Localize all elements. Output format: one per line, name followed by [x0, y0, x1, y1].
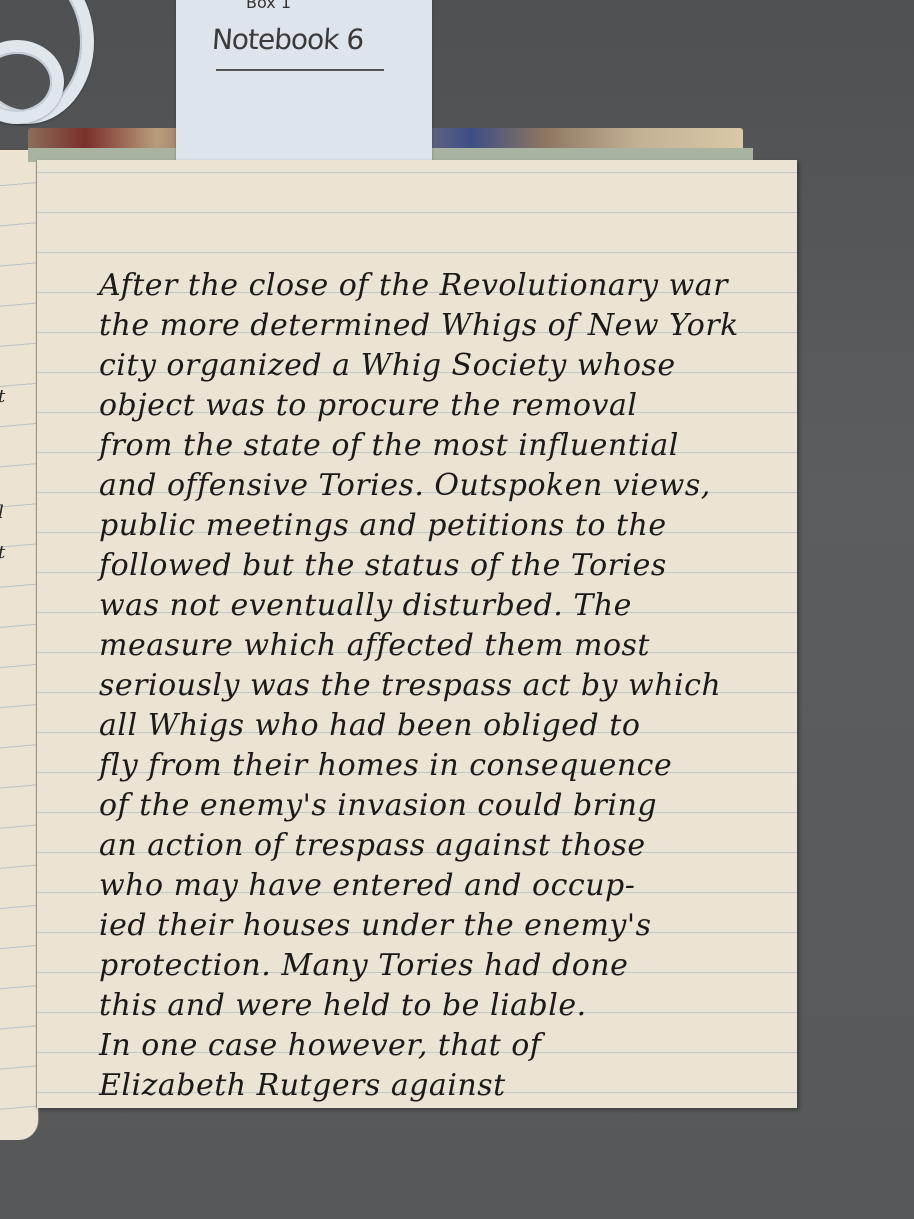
text-line: was not eventually disturbed. The [99, 586, 789, 626]
slip-box-label: Box 1 [246, 0, 291, 12]
left-page-fragment: t [0, 386, 5, 407]
text-line: Elizabeth Rutgers against [99, 1066, 789, 1106]
text-line: After the close of the Revolutionary war [99, 266, 789, 306]
text-line: ied their houses under the enemy's [99, 906, 789, 946]
text-line: the more determined Whigs of New York [99, 306, 789, 346]
left-page-fragment: t [0, 542, 5, 563]
archive-label-slip: Box 1 Notebook 6 [176, 0, 432, 162]
text-line: who may have entered and occup- [99, 866, 789, 906]
text-line: of the enemy's invasion could bring [99, 786, 789, 826]
text-line: from the state of the most influential [99, 426, 789, 466]
left-facing-page: t l t [0, 150, 39, 1140]
text-line: an action of trespass against those [99, 826, 789, 866]
notebook-page: After the close of the Revolutionary war… [36, 160, 797, 1108]
text-line: protection. Many Tories had done [99, 946, 789, 986]
text-line: public meetings and petitions to the [99, 506, 789, 546]
text-line: followed but the status of the Tories [99, 546, 789, 586]
text-line: seriously was the trespass act by which [99, 666, 789, 706]
text-line: this and were held to be liable. [99, 986, 789, 1026]
slip-notebook-label: Notebook 6 [211, 23, 365, 56]
text-line: fly from their homes in consequence [99, 746, 789, 786]
left-page-fragment: l [0, 502, 4, 523]
handwritten-text: After the close of the Revolutionary war… [99, 266, 789, 1106]
text-line: and offensive Tories. Outspoken views, [99, 466, 789, 506]
text-line: measure which affected them most [99, 626, 789, 666]
text-line: all Whigs who had been obliged to [99, 706, 789, 746]
text-line: In one case however, that of [99, 1026, 789, 1066]
slip-underline [216, 69, 384, 71]
text-line: city organized a Whig Society whose [99, 346, 789, 386]
text-line: object was to procure the removal [99, 386, 789, 426]
